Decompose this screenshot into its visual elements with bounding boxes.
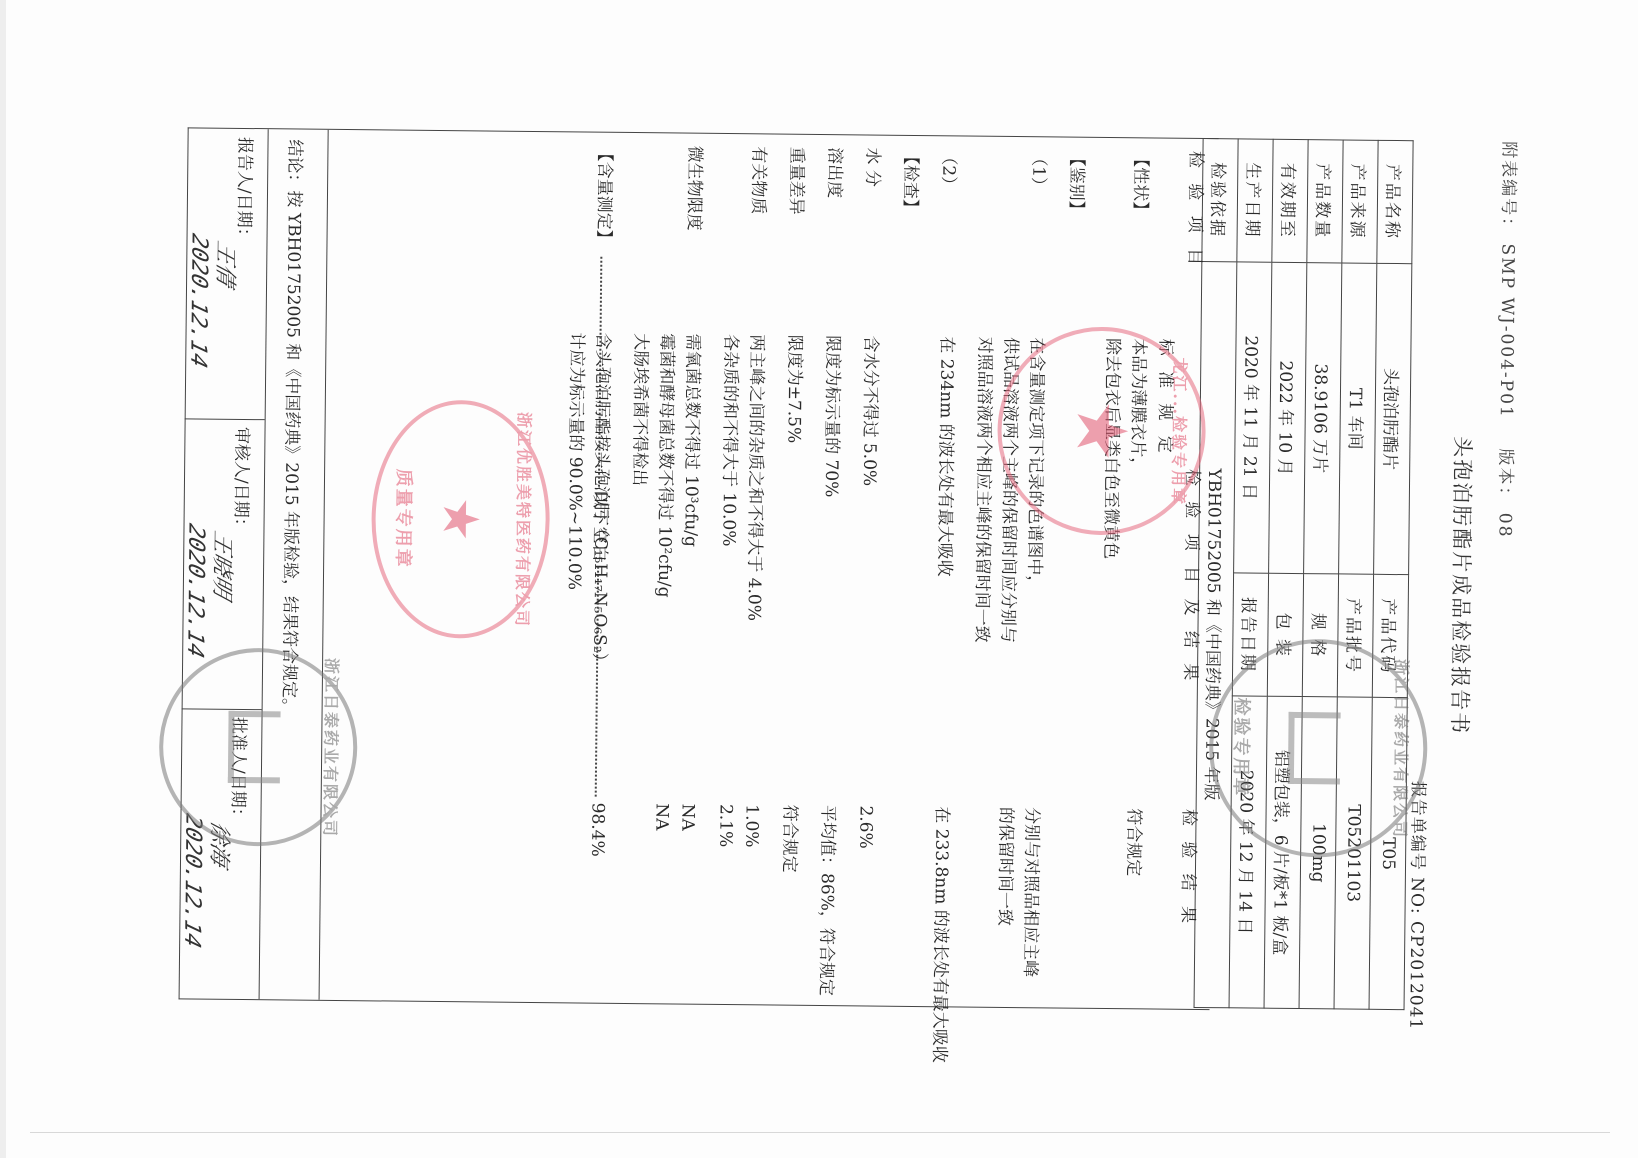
blank-below-note: 以下空白 [587, 253, 618, 801]
handwritten-signature: 王晓明 2020.12.14 [182, 521, 240, 717]
info-label: 包 装 [1267, 574, 1303, 697]
version-value: 08 [1494, 513, 1514, 539]
info-value: T05201103 [1334, 697, 1372, 1009]
document-title: 头孢泊肟酯片成品检验报告书 [1442, 81, 1483, 1091]
test-item: 【含量测定】 [591, 145, 616, 247]
form-number-value: SMP WJ-004-P01 [1496, 243, 1518, 418]
test-standard: 供试品溶液两个主峰的保留时间应分别与 [995, 337, 1022, 643]
info-value: 38.9106 万片 [1304, 262, 1342, 574]
test-item: （2） [936, 148, 960, 193]
test-result: 的保留时间一致 [992, 807, 1017, 926]
info-value: 2022 年 10 月 [1269, 262, 1307, 574]
test-item: 有关物质 [746, 146, 771, 214]
test-standard: 需氧菌总数不得过 10³cfu/g [678, 334, 704, 547]
scan-left-edge [0, 0, 6, 1158]
approver-signature: 批准人/日期： 徐海 2020.12.14 [179, 708, 262, 999]
form-number: 附表编号： SMP WJ-004-P01 版本： 08 [1494, 141, 1523, 539]
test-item: 【鉴别】 [1064, 150, 1089, 218]
test-result: 符合规定 [1121, 808, 1146, 876]
info-value: T1 车间 [1339, 263, 1377, 575]
conclusion-text: 结论：按 YBH01752005 和《中国药典》2015 年版检验，结果符合规定… [279, 139, 310, 715]
report-number-value: CP2012041 [1405, 921, 1426, 1030]
test-standard: 各杂质的和不得大于 10.0% [716, 334, 742, 547]
test-result: 98.4% [585, 803, 610, 857]
test-standard: 两主峰之间的杂质之和不得大于 4.0% [742, 334, 769, 621]
info-label: 产品批号 [1337, 574, 1373, 697]
info-value: 100mg [1299, 697, 1337, 1009]
info-label: 报告日期 [1232, 573, 1268, 696]
reporter-signature: 报告人/日期： 王倩 2020.12.14 [185, 128, 268, 419]
info-value: 2020 年 12 月 14 日 [1229, 696, 1267, 1008]
info-value: 头孢泊肟酯片 [1374, 263, 1412, 575]
test-result: 1.0% [739, 804, 763, 847]
dotted-line [595, 567, 599, 797]
handwritten-signature: 王倩 2020.12.14 [185, 231, 243, 427]
report-number: 报告单编号 NO: CP2012041 [1405, 781, 1433, 1031]
test-standard: 大肠埃希菌不得检出 [627, 333, 653, 486]
test-item: 溶出度 [822, 147, 847, 198]
dotted-line [598, 257, 602, 487]
blank-note-text: 以下空白 [589, 491, 610, 563]
signature-label: 批准人/日期： [227, 717, 253, 825]
test-standard: 限度为标示量的 70% [819, 335, 845, 497]
test-item: 微生物限度 [682, 146, 707, 231]
report-page: 附表编号： SMP WJ-004-P01 版本： 08 头孢泊肟酯片成品检验报告… [74, 66, 1564, 1091]
test-result: 在 233.8nm 的波长处有最大吸收 [927, 806, 954, 1063]
signature-label: 审核人/日期： [230, 427, 256, 535]
info-value: 铝塑包装，6 片/板*1 板/盒 [1264, 696, 1302, 1008]
report-number-label: 报告单编号 NO: [1407, 781, 1428, 915]
handwritten-signature: 徐海 2020.12.14 [179, 811, 237, 1007]
info-label: 生产日期 [1237, 139, 1273, 262]
test-standard: 限度为±7.5% [781, 335, 806, 444]
signature-row: 报告人/日期： 王倩 2020.12.14 审核人/日期： 王晓明 2020.1… [179, 128, 269, 999]
column-header-item: 检 验 项 目 [1184, 151, 1210, 270]
test-standard: 本品为薄膜衣片， [1125, 338, 1150, 474]
scan-bottom-edge [30, 1132, 1610, 1133]
test-result: 分别与对照品相应主峰 [1018, 807, 1044, 977]
column-header-group: 检 验 项 目 及 结 果 [1180, 469, 1207, 686]
test-standard: 对照品溶液两个相应主峰的保留时间一致 [969, 337, 996, 643]
signature-label: 报告人/日期： [233, 137, 259, 245]
info-label: 有效期至 [1272, 139, 1308, 262]
test-result: NA [649, 803, 673, 830]
info-value: T05 [1369, 698, 1407, 1010]
test-results-section: 检 验 项 目 检 验 项 目 及 结 果 标 准 规 定 检 验 结 果 【性… [179, 127, 1219, 1010]
conclusion-row: 结论：按 YBH01752005 和《中国药典》2015 年版检验，结果符合规定… [259, 129, 329, 1000]
reviewer-signature: 审核人/日期： 王晓明 2020.12.14 [182, 418, 265, 709]
version-label: 版本： [1495, 448, 1516, 505]
test-result: 2.1% [713, 804, 737, 847]
test-item: 【性状】 [1128, 150, 1153, 218]
test-item: 【检查】 [898, 148, 923, 216]
test-result: NA [675, 804, 699, 831]
test-standard: 含水分不得过 5.0% [857, 335, 883, 486]
test-item: 水 分 [860, 147, 884, 187]
info-label: 产品来源 [1342, 140, 1378, 263]
info-label: 规 格 [1302, 574, 1338, 697]
test-result: 符合规定 [777, 805, 802, 873]
info-label: 产品名称 [1377, 140, 1413, 263]
test-result: 2.6% [853, 805, 877, 848]
test-standard: 霉菌和酵母菌总数不得过 10²cfu/g [652, 333, 679, 597]
info-label: 产品代码 [1372, 575, 1408, 698]
product-info-table: 产品名称 头孢泊肟酯片 产品代码 T05 产品来源 T1 车间 产品批号 T05… [1194, 138, 1414, 1010]
form-number-label: 附表编号： [1498, 141, 1519, 236]
test-standard: 计应为标示量的 90.0%~110.0% [562, 332, 589, 590]
test-standard: 在含量测定项下记录的色谱图中， [1022, 337, 1049, 592]
test-result: 平均值：86%，符合规定 [814, 805, 840, 996]
column-header-result: 检 验 结 果 [1177, 809, 1203, 928]
info-value: 2020 年 11 月 21 日 [1234, 262, 1272, 574]
test-item: （1） [1026, 149, 1050, 194]
test-standard: 在 234nm 的波长处有最大吸收 [932, 336, 959, 577]
column-header-standard: 标 准 规 定 [1154, 339, 1180, 458]
test-item: 重量差异 [784, 147, 809, 215]
test-standard: 除去包衣后显类白色至微黄色 [1098, 338, 1124, 559]
info-label: 产品数量 [1307, 140, 1343, 263]
